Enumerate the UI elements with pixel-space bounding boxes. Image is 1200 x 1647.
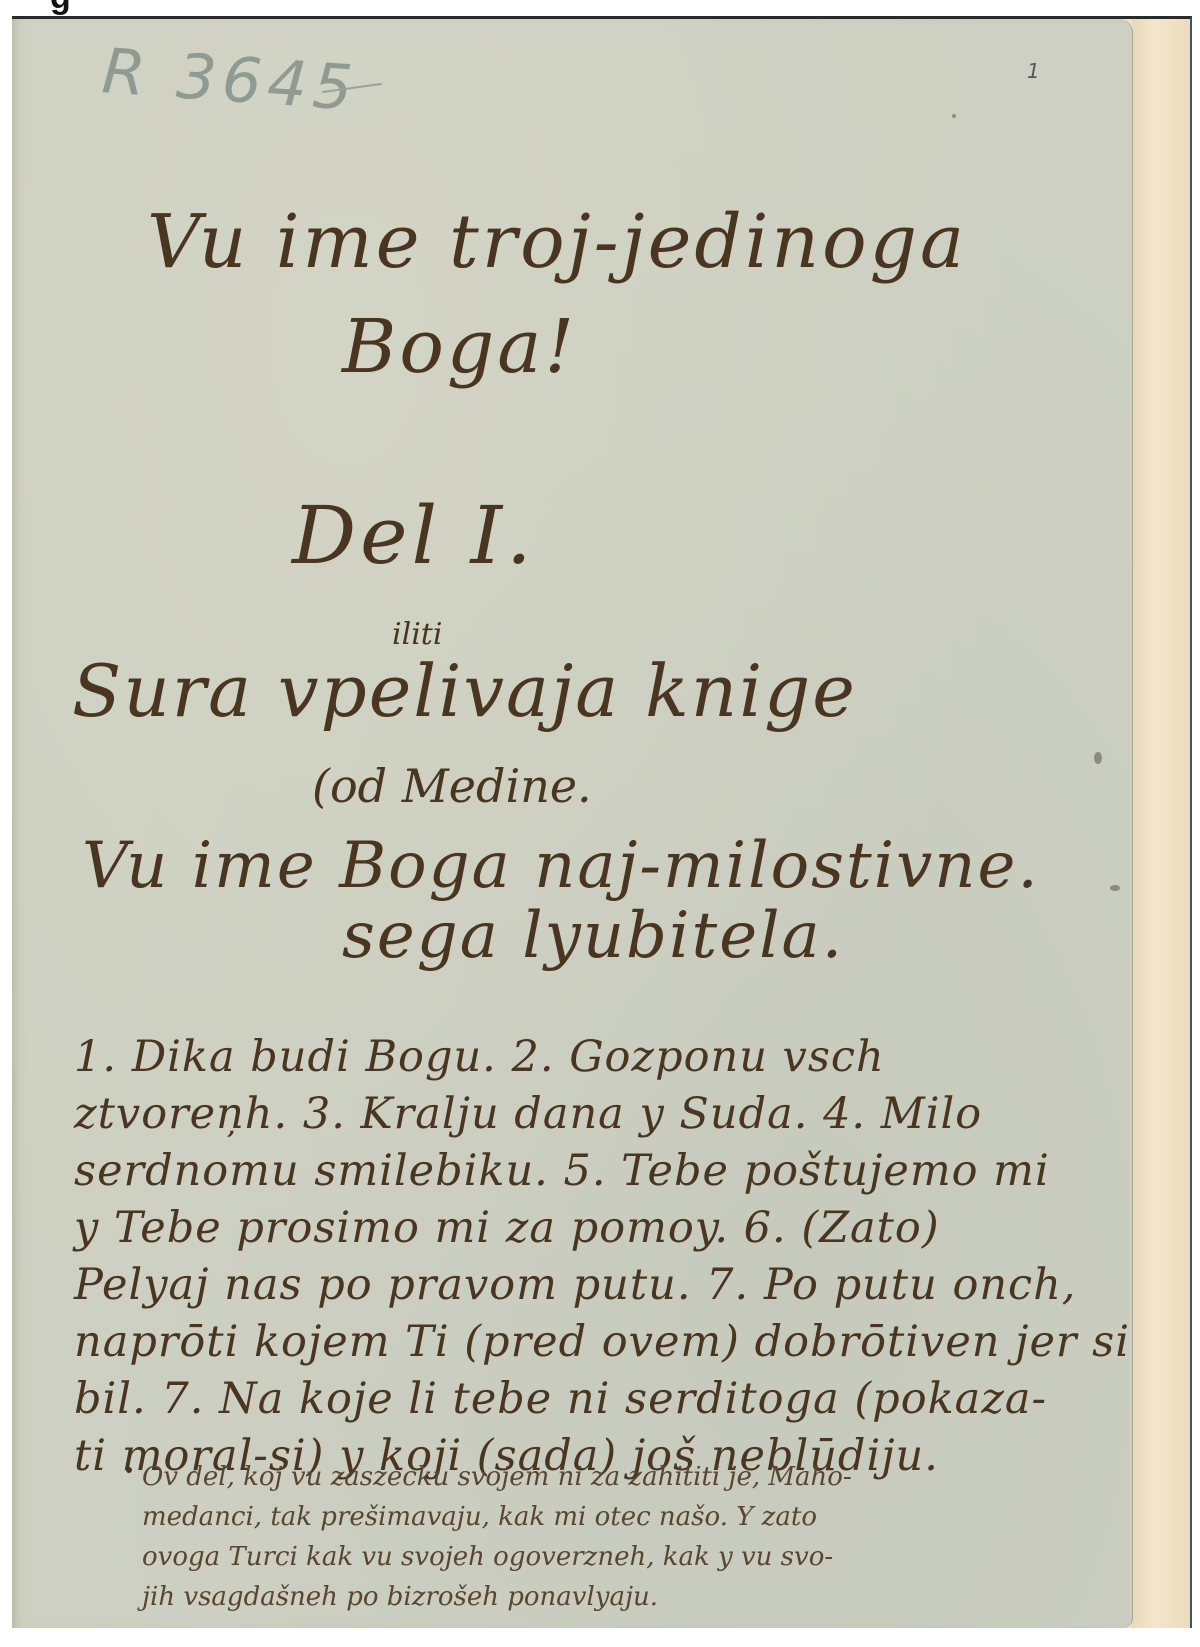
page-edge-strip bbox=[1132, 19, 1190, 1628]
verse-line: 1. Dika budi Bogu. 2. Gozponu vsch bbox=[74, 1029, 1084, 1086]
paper-stain bbox=[952, 114, 956, 118]
footnote-line: Ov del, koj vu zaszecku svojem ni za zah… bbox=[142, 1457, 1092, 1497]
footnote-line: ovoga Turci kak vu svojeh ogoverzneh, ka… bbox=[142, 1537, 1092, 1577]
shelfmark-pencil-note: R 3645 bbox=[100, 34, 361, 125]
footnote-line: jih vsagdašneh po bizrošeh ponavlyaju. bbox=[142, 1577, 1092, 1617]
verse-line: Pelyaj nas po pravom putu. 7. Po putu on… bbox=[74, 1257, 1084, 1314]
verse-line: bil. 7. Na koje li tebe ni serditoga (po… bbox=[74, 1371, 1084, 1428]
iliti-connector: iliti bbox=[392, 617, 442, 652]
verse-line: y Tebe prosimo mi za pomoy. 6. (Zato) bbox=[74, 1200, 1084, 1257]
paper-stain bbox=[1110, 885, 1120, 891]
footnote-line: medanci, tak prešimavaju, kak mi otec na… bbox=[142, 1497, 1092, 1537]
title-line-2: Boga! bbox=[342, 304, 577, 390]
paper-stain bbox=[1094, 752, 1102, 764]
subtitle-line-2: (od Medine. bbox=[312, 759, 592, 813]
footnote-block: Ov del, koj vu zaszecku svojem ni za zah… bbox=[142, 1457, 1092, 1617]
part-heading: Del I. bbox=[292, 489, 536, 582]
verse-line: ztvoreņh. 3. Kralju dana y Suda. 4. Milo bbox=[74, 1086, 1084, 1143]
folio-number: 1 bbox=[1027, 59, 1040, 83]
footnote-marker-icon bbox=[126, 1467, 132, 1473]
verse-block: 1. Dika budi Bogu. 2. Gozponu vsch ztvor… bbox=[74, 1029, 1084, 1485]
invocation-line-2: sega lyubitela. bbox=[342, 899, 844, 973]
manuscript-page: R 3645 1 Vu ime troj-jedinoga Boga! Del … bbox=[12, 19, 1133, 1628]
manuscript-scan: R 3645 1 Vu ime troj-jedinoga Boga! Del … bbox=[12, 16, 1192, 1628]
verse-line: serdnomu smilebiku. 5. Tebe poštujemo mi bbox=[74, 1143, 1084, 1200]
subtitle-line-1: Sura vpelivaja knige bbox=[72, 649, 857, 733]
figure-caption-fragment: g bbox=[50, 0, 71, 17]
title-line-1: Vu ime troj-jedinoga bbox=[147, 199, 967, 285]
invocation-line-1: Vu ime Boga naj-milostivne. bbox=[82, 829, 1040, 903]
verse-line: naprōti kojem Ti (pred ovem) dobrōtiven … bbox=[74, 1314, 1084, 1371]
